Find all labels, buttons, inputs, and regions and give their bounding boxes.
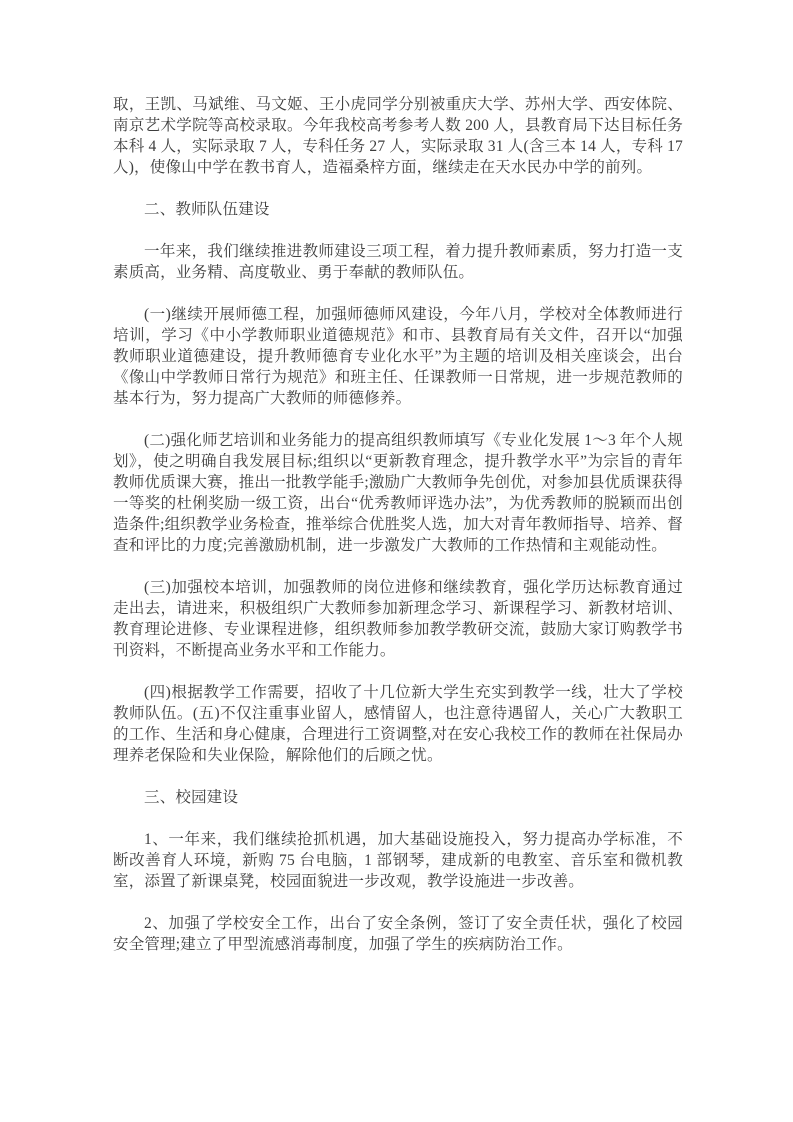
paragraph-item-1: (一)继续开展师德工程，加强师德师风建设，今年八月，学校对全体教师进行培训，学习… <box>113 304 683 409</box>
paragraph-campus-1: 1、一年来，我们继续抢抓机遇，加大基础设施投入，努力提高办学标准，不断改善育人环… <box>113 829 683 892</box>
document-body: 取，王凯、马斌维、马文姬、王小虎同学分别被重庆大学、苏州大学、西安体院、南京艺术… <box>113 94 683 955</box>
section-heading-teachers: 二、教师队伍建设 <box>113 199 683 220</box>
paragraph-item-3: (三)加强校本培训，加强教师的岗位进修和继续教育，强化学历达标教育通过走出去，请… <box>113 577 683 661</box>
paragraph-item-2: (二)强化师艺培训和业务能力的提高组织教师填写《专业化发展 1～3 年个人规划》… <box>113 430 683 556</box>
section-heading-campus: 三、校园建设 <box>113 787 683 808</box>
paragraph-campus-2: 2、加强了学校安全工作，出台了安全条例，签订了安全责任状，强化了校园安全管理;建… <box>113 913 683 955</box>
paragraph-continuation: 取，王凯、马斌维、马文姬、王小虎同学分别被重庆大学、苏州大学、西安体院、南京艺术… <box>113 94 683 178</box>
paragraph-item-4-5: (四)根据教学工作需要，招收了十几位新大学生充实到教学一线，壮大了学校教师队伍。… <box>113 682 683 766</box>
document-page: 取，王凯、马斌维、马文姬、王小虎同学分别被重庆大学、苏州大学、西安体院、南京艺术… <box>0 0 793 1122</box>
paragraph-teachers-intro: 一年来，我们继续推进教师建设三项工程，着力提升教师素质，努力打造一支素质高，业务… <box>113 241 683 283</box>
